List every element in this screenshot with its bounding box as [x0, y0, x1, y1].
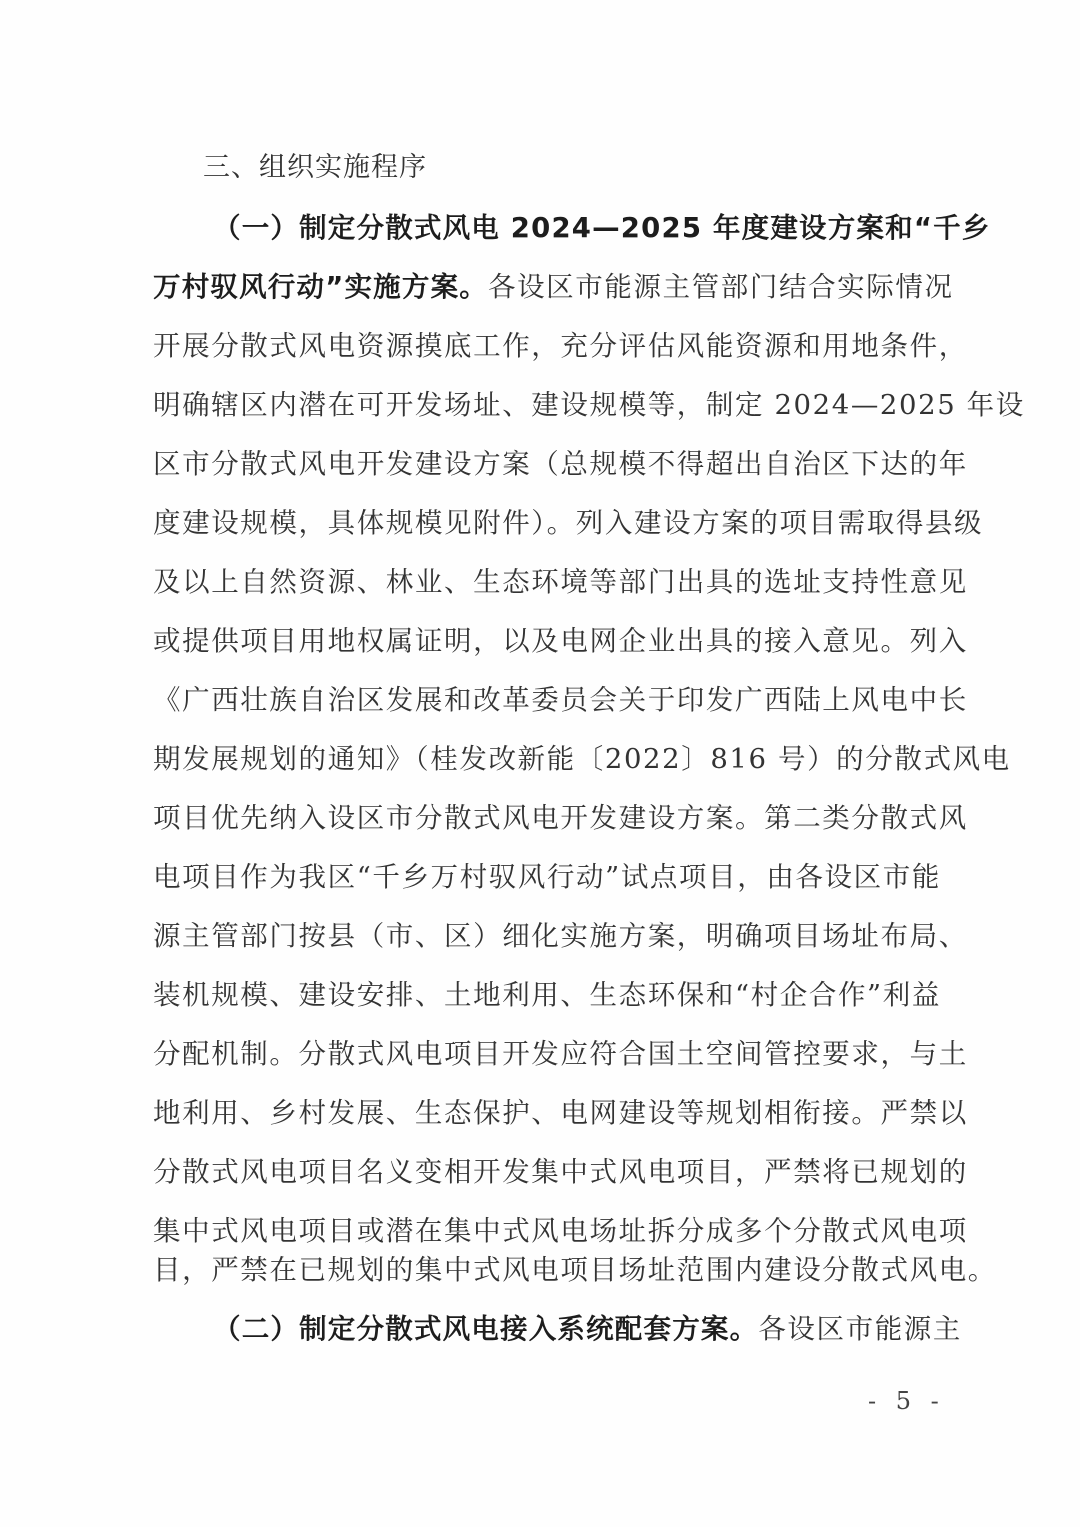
body-line: 地利用、乡村发展、生态保护、电网建设等规划相衔接。严禁以 — [153, 1093, 935, 1133]
document-page: 三、组织实施程序 （一）制定分散式风电 2024—2025 年度建设方案和“千乡… — [0, 0, 1080, 1527]
body-line: 集中式风电项目或潜在集中式风电场址拆分成多个分散式风电项 — [153, 1211, 935, 1251]
body-line: 《广西壮族自治区发展和改革委员会关于印发广西陆上风电中长 — [153, 680, 935, 720]
body-line: 分配机制。分散式风电项目开发应符合国土空间管控要求，与土 — [153, 1034, 935, 1074]
body-line: 开展分散式风电资源摸底工作，充分评估风能资源和用地条件， — [153, 326, 935, 366]
body-line: 明确辖区内潜在可开发场址、建设规模等，制定 2024—2025 年设 — [153, 385, 935, 425]
body-line: 装机规模、建设安排、土地利用、生态环保和“村企合作”利益 — [153, 975, 935, 1015]
body-line: 项目优先纳入设区市分散式风电开发建设方案。第二类分散式风 — [153, 798, 935, 838]
body-line: 源主管部门按县（市、区）细化实施方案，明确项目场址布局、 — [153, 916, 935, 956]
body-line: 及以上自然资源、林业、生态环境等部门出具的选址支持性意见 — [153, 562, 935, 602]
body-line: 区市分散式风电开发建设方案（总规模不得超出自治区下达的年 — [153, 444, 935, 484]
subsection-1-title-rest: 各设区市能源主管部门结合实际情况 — [488, 271, 954, 303]
body-line: 分散式风电项目名义变相开发集中式风电项目，严禁将已规划的 — [153, 1152, 935, 1192]
subsection-1-title-bold: 万村驭风行动”实施方案。 — [153, 271, 488, 303]
subsection-2-title: （二）制定分散式风电接入系统配套方案。各设区市能源主 — [213, 1309, 935, 1349]
body-line: 或提供项目用地权属证明，以及电网企业出具的接入意见。列入 — [153, 621, 935, 661]
subsection-2-title-bold: （二）制定分散式风电接入系统配套方案。 — [213, 1313, 758, 1345]
subsection-1-title-line-2: 万村驭风行动”实施方案。各设区市能源主管部门结合实际情况 — [153, 267, 935, 307]
subsection-1-title-line-1: （一）制定分散式风电 2024—2025 年度建设方案和“千乡 — [213, 208, 935, 248]
body-line: 电项目作为我区“千乡万村驭风行动”试点项目，由各设区市能 — [153, 857, 935, 897]
body-line: 度建设规模，具体规模见附件）。列入建设方案的项目需取得县级 — [153, 503, 935, 543]
page-number: - 5 - — [868, 1384, 945, 1418]
body-line-last: 目，严禁在已规划的集中式风电项目场址范围内建设分散式风电。 — [153, 1250, 935, 1290]
body-line: 期发展规划的通知》（桂发改新能〔2022〕816 号）的分散式风电 — [153, 739, 935, 779]
subsection-2-title-rest: 各设区市能源主 — [758, 1313, 962, 1345]
section-heading: 三、组织实施程序 — [203, 148, 427, 188]
